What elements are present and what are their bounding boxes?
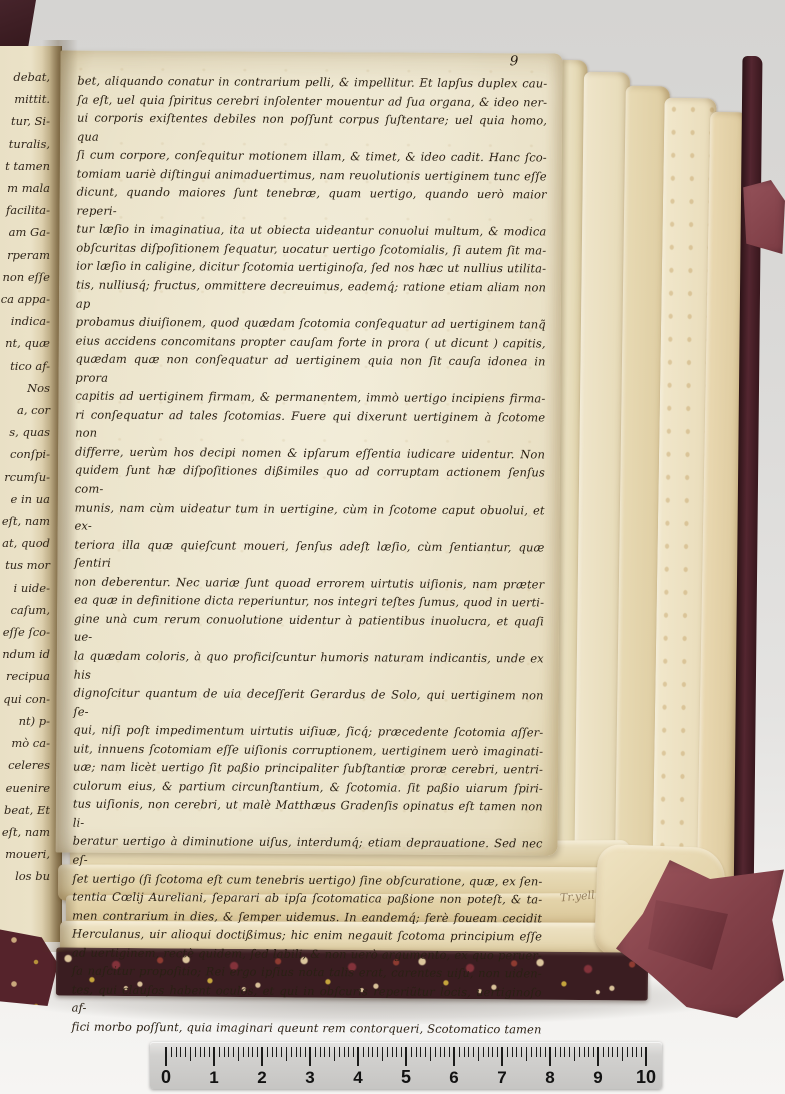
ruler-tick: [545, 1047, 546, 1057]
facing-page-fragment-line: Nos: [0, 377, 50, 399]
ruler-tick: [488, 1047, 489, 1057]
ruler-tick: [632, 1047, 633, 1057]
page-text-line: ſi cum corpore, conſequitur motionem ill…: [77, 146, 547, 167]
ruler-tick: [430, 1047, 431, 1061]
ruler-tick: [309, 1047, 311, 1066]
ruler-tick: [320, 1047, 321, 1057]
facing-page-fragment-line: mittit.: [0, 88, 50, 110]
ruler-tick: [645, 1047, 647, 1066]
page-text-line: dignoſcitur quantum de uia deceſſerit Ge…: [73, 684, 543, 724]
ruler-tick: [501, 1047, 503, 1066]
facing-page-fragment-line: moueri,: [0, 843, 50, 865]
ruler-tick: [213, 1047, 215, 1066]
facing-page-fragment-line: debat,: [0, 66, 50, 88]
ruler-tick: [420, 1047, 421, 1057]
ruler-tick: [459, 1047, 460, 1057]
facing-page-fragment-line: nt) p-: [0, 710, 50, 732]
ruler-tick: [252, 1047, 253, 1057]
ruler-number: 10: [636, 1067, 656, 1088]
ruler-tick: [512, 1047, 513, 1057]
ruler-tick: [468, 1047, 469, 1057]
page-text-line: ui corporis exiſtentes debiles non poſſu…: [77, 109, 547, 149]
ruler-tick: [281, 1047, 282, 1057]
facing-page-fragment-line: indica-: [0, 310, 50, 332]
page-number: 9: [510, 53, 519, 69]
facing-page-fragment-line: turalis,: [0, 133, 50, 155]
ruler-tick: [382, 1047, 383, 1061]
facing-page-fragment-line: mò ca-: [0, 732, 50, 754]
ruler-number: 0: [161, 1067, 171, 1088]
ruler-tick: [608, 1047, 609, 1057]
page-text-line: ri conſequatur ad tales ſcotomias. Fuere…: [75, 405, 545, 445]
ruler-tick: [603, 1047, 604, 1057]
ruler-tick: [334, 1047, 335, 1061]
ruler-tick: [516, 1047, 517, 1057]
ruler-tick: [377, 1047, 378, 1057]
ruler-tick: [324, 1047, 325, 1057]
ruler-tick: [248, 1047, 249, 1057]
facing-page-fragment-line: m mala: [0, 177, 50, 199]
facing-page-fragment-line: caſum,: [0, 599, 50, 621]
ruler-tick: [396, 1047, 397, 1057]
ruler-tick: [401, 1047, 402, 1057]
ruler-tick: [473, 1047, 474, 1057]
page-text-line: teriora illa quæ quieſcunt moueri, ſenſu…: [74, 535, 544, 575]
facing-page-fragment-line: tur, Si-: [0, 110, 50, 132]
page-text-line: tus uiſionis, non cerebri, ut malè Matth…: [73, 795, 543, 835]
page-text-line: quidem ſunt hæ diſpoſitiones dißimiles q…: [75, 461, 545, 501]
ruler-tick: [593, 1047, 594, 1057]
ruler-number: 7: [497, 1068, 506, 1088]
ruler-tick: [579, 1047, 580, 1057]
ruler-tick: [405, 1047, 407, 1066]
page-text-line: tes, qui clauſos habent oculos, et qui i…: [72, 980, 542, 1020]
page-text-line: beratur uertigo à diminutione uiſus, int…: [72, 832, 542, 872]
ruler-tick: [372, 1047, 373, 1057]
facing-page-fragment-line: s, quas: [0, 421, 50, 443]
ruler-tick: [357, 1047, 359, 1066]
ruler-tick: [233, 1047, 234, 1057]
facing-page-fragment-line: at, quod: [0, 532, 50, 554]
page-text-line: Herculanus, uir alioqui doctißimus; hic …: [72, 925, 542, 946]
ruler-tick: [296, 1047, 297, 1057]
ruler-tick: [200, 1047, 201, 1057]
ruler-tick: [627, 1047, 628, 1057]
ruler-tick: [261, 1047, 263, 1066]
ruler-tick: [555, 1047, 556, 1057]
ruler-tick: [368, 1047, 369, 1057]
ruler-tick: [276, 1047, 277, 1057]
page-text-line: qui, niſi poſt impedimentum uirtutis uiſ…: [73, 721, 543, 742]
ruler-tick: [497, 1047, 498, 1057]
ruler-tick: [641, 1047, 642, 1057]
book-page-recto: 9 bet, aliquando conatur in contrarium p…: [56, 50, 563, 855]
facing-page-fragment-line: qui con-: [0, 688, 50, 710]
page-text-line: probamus diuiſionem, quod quædam ſcotomi…: [76, 313, 546, 334]
facing-page-fragment-line: facilita-: [0, 199, 50, 221]
ruler-tick: [243, 1047, 244, 1057]
ruler-tick: [549, 1047, 551, 1066]
ruler-number: 5: [401, 1067, 411, 1088]
ruler-tick: [176, 1047, 177, 1057]
facing-page-fragment-line: eſſe ſco-: [0, 621, 50, 643]
ruler-tick: [507, 1047, 508, 1057]
ruler-number: 6: [449, 1068, 458, 1088]
ruler-tick: [492, 1047, 493, 1057]
ruler-tick: [483, 1047, 484, 1057]
ruler-tick: [353, 1047, 354, 1057]
facing-page-fragment-line: beat, Et: [0, 799, 50, 821]
ruler-tick: [165, 1047, 167, 1066]
ruler-tick: [526, 1047, 527, 1061]
ruler-tick: [584, 1047, 585, 1057]
ruler-tick: [180, 1047, 181, 1057]
ruler-tick: [344, 1047, 345, 1057]
ruler-tick: [478, 1047, 479, 1061]
facing-page-fragment-line: ca appa-: [0, 288, 50, 310]
ruler-tick: [363, 1047, 364, 1057]
ruler-tick: [190, 1047, 191, 1061]
ruler-tick: [444, 1047, 445, 1057]
ruler-tick: [564, 1047, 565, 1057]
ruler-tick: [209, 1047, 210, 1057]
ruler-tick: [612, 1047, 613, 1057]
measuring-ruler: 012345678910: [150, 1042, 662, 1089]
ruler-tick: [521, 1047, 522, 1057]
facing-page-fragment-line: tus mor: [0, 554, 50, 576]
ruler-tick: [286, 1047, 287, 1061]
facing-page-text-fragments: debat,mittit.tur, Si-turalis,t tamenm ma…: [0, 66, 50, 888]
ruler-tick: [536, 1047, 537, 1057]
photo-of-open-book: debat,mittit.tur, Si-turalis,t tamenm ma…: [0, 0, 785, 1094]
facing-page-fragment-line: nt, quæ: [0, 332, 50, 354]
page-text-line: quædam quæ non conſequatur ad uertiginem…: [75, 350, 545, 390]
ruler-tick: [224, 1047, 225, 1057]
ruler-number: 1: [209, 1068, 218, 1088]
ruler-tick: [171, 1047, 172, 1057]
facing-page-fragment-line: non eſſe: [0, 266, 50, 288]
facing-page-fragment-line: conſpi-: [0, 443, 50, 465]
ruler-tick: [453, 1047, 455, 1066]
ruler-tick: [272, 1047, 273, 1057]
ruler-tick: [329, 1047, 330, 1057]
ruler-tick: [204, 1047, 205, 1057]
facing-page-fragment-line: rcumſu-: [0, 466, 50, 488]
ruler-tick: [622, 1047, 623, 1061]
ruler-tick: [449, 1047, 450, 1057]
ruler-tick: [348, 1047, 349, 1057]
ruler-tick: [195, 1047, 196, 1057]
ruler-tick: [425, 1047, 426, 1057]
ruler-tick: [305, 1047, 306, 1057]
page-text-line: tis, nulliusq́; fructus, ommittere decre…: [76, 276, 546, 316]
facing-page-fragment-line: t tamen: [0, 155, 50, 177]
ruler-tick: [267, 1047, 268, 1057]
ruler-tick: [597, 1047, 599, 1066]
ruler-number: 8: [545, 1068, 554, 1088]
facing-page-fragment-line: euenire: [0, 777, 50, 799]
facing-page-fragment-line: celeres: [0, 754, 50, 776]
facing-page-fragment-line: recipua: [0, 665, 50, 687]
ruler-tick: [392, 1047, 393, 1057]
page-text-line: munis, nam cùm uideatur tum in uertigine…: [74, 498, 544, 538]
page-text-line: dicunt, quando maiores ſunt tenebræ, qua…: [76, 183, 546, 223]
ruler-tick: [387, 1047, 388, 1057]
ruler-tick: [569, 1047, 570, 1057]
facing-page-fragment-line: los bu: [0, 865, 50, 887]
ruler-number: 4: [353, 1068, 362, 1088]
ruler-tick: [238, 1047, 239, 1061]
ruler-tick: [540, 1047, 541, 1057]
facing-page-fragment-line: eſt, nam: [0, 821, 50, 843]
facing-page-fragment-line: a, cor: [0, 399, 50, 421]
ruler-tick: [300, 1047, 301, 1057]
ruler-number: 9: [593, 1068, 602, 1088]
ruler-tick: [228, 1047, 229, 1057]
page-text-block: bet, aliquando conatur in contrarium pel…: [71, 72, 547, 1039]
ruler-tick: [435, 1047, 436, 1057]
facing-page-fragment-line: am Ga-: [0, 221, 50, 243]
ruler-tick: [560, 1047, 561, 1057]
ruler-tick: [219, 1047, 220, 1057]
red-cloth-tab: [741, 180, 785, 254]
facing-page-fragment-line: i uide-: [0, 577, 50, 599]
page-text-line: gine unà cum rerum conuolutione uidentur…: [74, 609, 544, 649]
ruler-tick: [339, 1047, 340, 1057]
facing-page-fragment-line: rperam: [0, 244, 50, 266]
ruler-tick: [257, 1047, 258, 1057]
page-text-line: fici morbo poſſunt, quia imaginari queun…: [71, 1017, 541, 1038]
page-text-line: la quædam coloris, à quo proficiſcuntur …: [74, 647, 544, 687]
ruler-tick: [588, 1047, 589, 1057]
facing-page-fragment-line: eſt, nam: [0, 510, 50, 532]
ruler-tick: [464, 1047, 465, 1057]
ruler-tick: [416, 1047, 417, 1057]
ruler-tick: [636, 1047, 637, 1057]
ruler-tick: [574, 1047, 575, 1061]
facing-page-fragment-line: ndum id: [0, 643, 50, 665]
ruler-tick: [617, 1047, 618, 1057]
facing-page-sliver: debat,mittit.tur, Si-turalis,t tamenm ma…: [0, 46, 62, 942]
ruler-tick: [291, 1047, 292, 1057]
ruler-number: 3: [305, 1068, 314, 1088]
ruler-number: 2: [257, 1068, 266, 1088]
ruler-tick: [185, 1047, 186, 1057]
ruler-tick: [411, 1047, 412, 1057]
ruler-tick: [440, 1047, 441, 1057]
page-text-line: tentia Cœlij Aureliani, ſeparari ab ipſa…: [72, 888, 542, 909]
page-text-line: bet, aliquando conatur in contrarium pel…: [77, 72, 547, 93]
ruler-tick: [315, 1047, 316, 1057]
ruler-tick: [531, 1047, 532, 1057]
facing-page-fragment-line: tico af-: [0, 355, 50, 377]
facing-page-fragment-line: e in ua: [0, 488, 50, 510]
